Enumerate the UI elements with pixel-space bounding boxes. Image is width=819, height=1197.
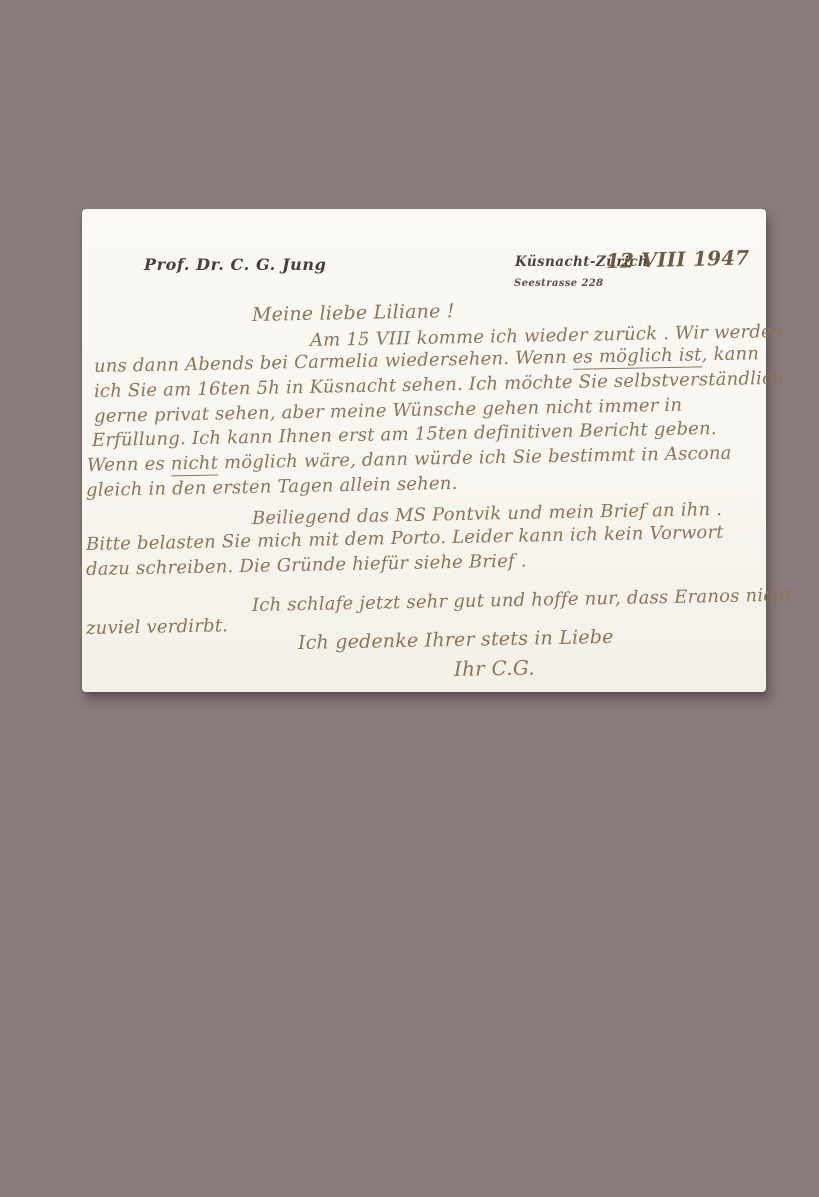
body-line: zuviel verdirbt. <box>86 615 229 639</box>
handwriting-text: Bitte belasten Sie mich mit dem Porto. L… <box>86 522 724 555</box>
handwriting-text: Meine liebe Liliane ! <box>252 300 455 326</box>
handwriting-text: gleich in den ersten Tagen allein sehen. <box>86 473 458 501</box>
handwriting-text: Ich gedenke Ihrer stets in Liebe <box>298 626 614 654</box>
handwriting-text: , kann <box>701 343 759 365</box>
signature-line: Ihr C.G. <box>454 655 535 681</box>
body-line: gleich in den ersten Tagen allein sehen. <box>86 473 458 501</box>
salutation-line: Meine liebe Liliane ! <box>252 300 455 326</box>
letter-paper: Prof. Dr. C. G. Jung Küsnacht-Zürich See… <box>82 209 766 692</box>
handwriting-text: Ich schlafe jetzt sehr gut und hoffe nur… <box>252 585 793 616</box>
handwriting-text: möglich wäre, dann würde ich Sie bestimm… <box>218 443 732 474</box>
closing-line: Ich gedenke Ihrer stets in Liebe <box>298 626 614 654</box>
handwriting-text: zuviel verdirbt. <box>86 615 229 639</box>
handwriting-text: Ihr C.G. <box>454 655 535 681</box>
body-line: Bitte belasten Sie mich mit dem Porto. L… <box>86 522 724 555</box>
handwriting-text: Wenn es <box>87 453 171 476</box>
underlined-handwriting-text: es möglich ist <box>572 344 701 369</box>
handwriting-text: dazu schreiben. Die Gründe hiefür siehe … <box>86 551 527 580</box>
letterhead-street: Seestrasse 228 <box>514 278 604 289</box>
letterhead-name: Prof. Dr. C. G. Jung <box>144 255 326 274</box>
handwritten-date: 12 VIII 1947 <box>606 245 750 272</box>
underlined-handwriting-text: nicht <box>171 452 219 476</box>
body-line: Ich schlafe jetzt sehr gut und hoffe nur… <box>252 585 793 616</box>
body-line: dazu schreiben. Die Gründe hiefür siehe … <box>86 551 527 580</box>
photo-background: Prof. Dr. C. G. Jung Küsnacht-Zürich See… <box>0 0 819 1197</box>
